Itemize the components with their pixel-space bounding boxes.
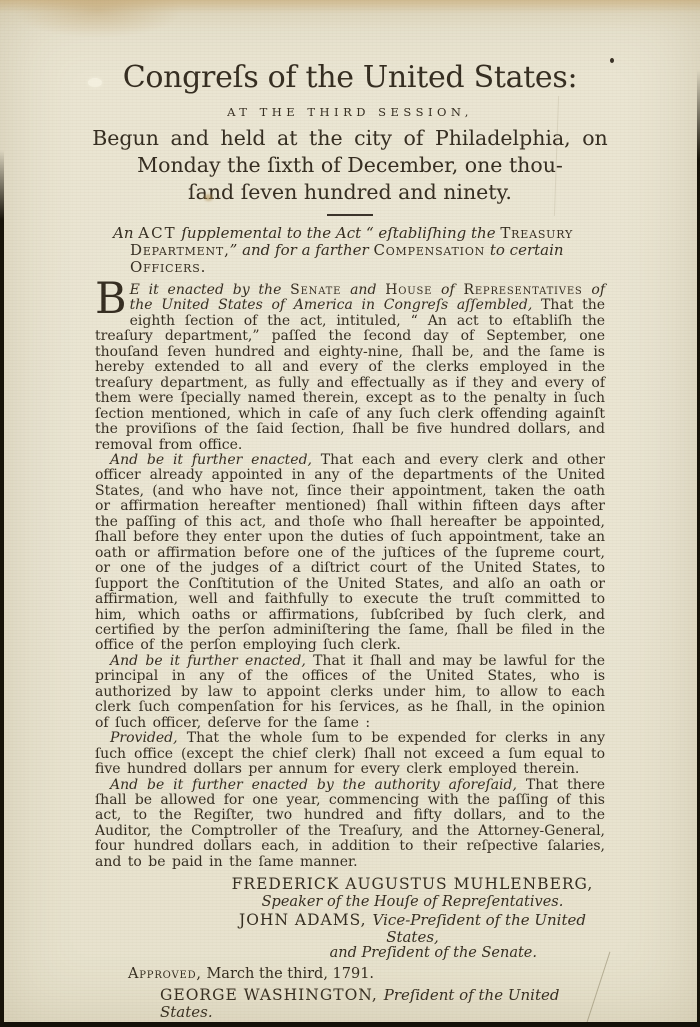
paragraph-text: E it enacted by the Senate and House of … (95, 282, 605, 453)
text-segment: And be it further enacted by the authori… (110, 777, 526, 793)
text-segment: of (432, 282, 463, 298)
text-segment: Representatives (463, 282, 582, 298)
vice-president-title: Vice-Preſident of the United States, (373, 911, 586, 946)
text-segment: And be it further enacted, (110, 653, 313, 669)
dropcap-initial: B (95, 283, 130, 314)
text-segment: House (385, 282, 432, 298)
allowance-paragraph: And be it further enacted by the authori… (95, 778, 605, 871)
compensation-paragraph: And be it further enacted, That it ſhall… (95, 654, 605, 731)
convening-statement: Begun and held at the city of Philadelph… (0, 125, 700, 206)
paragraph-text: And be it further enacted by the authori… (95, 777, 605, 870)
paragraph-text: And be it further enacted, That it ſhall… (95, 653, 605, 731)
text-segment: to certain (485, 241, 563, 259)
text-segment: ACT (138, 224, 176, 242)
scan-edge-bottom (0, 1022, 700, 1027)
text-segment: ” (230, 241, 242, 259)
text-segment: ſupplemental to the Act “ eſtabliſhing t… (177, 224, 501, 242)
text-segment: An (113, 224, 138, 242)
paper-chip-mark (88, 78, 102, 87)
text-segment: and (341, 282, 385, 298)
session-line: AT THE THIRD SESSION, (0, 105, 700, 119)
vice-president-title-continuation: and Preſident of the Senate. (95, 945, 605, 962)
approval-line: Approved, March the third, 1791. (128, 966, 605, 983)
vice-president-name: JOHN ADAMS, (239, 911, 373, 929)
act-body: BE it enacted by the Senate and House of… (95, 283, 605, 870)
paragraph-text: And be it further enacted, That each and… (95, 452, 605, 653)
president-signature: GEORGE WASHINGTON, Preſident of the Unit… (160, 987, 605, 1020)
paragraph-text: Provided, That the whole ſum to be expen… (95, 730, 605, 777)
text-segment: Compensation (373, 241, 485, 259)
president-name: GEORGE WASHINGTON, (160, 986, 384, 1004)
convening-line: Monday the ſixth of December, one thou- (0, 152, 700, 179)
text-segment: Officers. (130, 258, 206, 276)
oath-paragraph: And be it further enacted, That each and… (95, 453, 605, 654)
masthead-title: Congreſs of the United States: (0, 60, 700, 96)
scanned-document-page: Congreſs of the United States: AT THE TH… (0, 0, 700, 1027)
scan-edge-left (0, 150, 4, 1027)
text-segment: E it enacted by the (130, 282, 291, 298)
convening-line: ſand ſeven hundred and ninety. (0, 179, 700, 206)
approved-date: March the third, 1791. (202, 966, 374, 982)
divider-rule (327, 214, 373, 216)
speaker-title: Speaker of the Houſe of Repreſentatives. (95, 894, 605, 911)
approved-label: Approved, (128, 966, 202, 982)
enacting-paragraph: BE it enacted by the Senate and House of… (95, 283, 605, 453)
ink-speck (610, 58, 614, 63)
signature-block: FREDERICK AUGUSTUS MUHLENBERG, Speaker o… (95, 876, 605, 1020)
printed-act-content: Congreſs of the United States: AT THE TH… (0, 0, 700, 1027)
text-segment: and for a farther (242, 241, 373, 259)
speaker-name: FREDERICK AUGUSTUS MUHLENBERG, (95, 876, 605, 893)
text-segment: Senate (290, 282, 341, 298)
vice-president-signature: JOHN ADAMS, Vice-Preſident of the United… (95, 912, 605, 945)
proviso-paragraph: Provided, That the whole ſum to be expen… (95, 731, 605, 777)
text-segment: That the eighth ſection of the act, inti… (95, 297, 605, 452)
act-title: An ACT ſupplemental to the Act “ eſtabli… (113, 225, 604, 276)
text-segment: And be it further enacted, (110, 452, 321, 468)
convening-line: Begun and held at the city of Philadelph… (0, 125, 700, 152)
text-segment: Provided, (110, 730, 187, 746)
paper-stain (204, 194, 213, 201)
text-segment: That each and every clerk and other offi… (95, 452, 605, 653)
